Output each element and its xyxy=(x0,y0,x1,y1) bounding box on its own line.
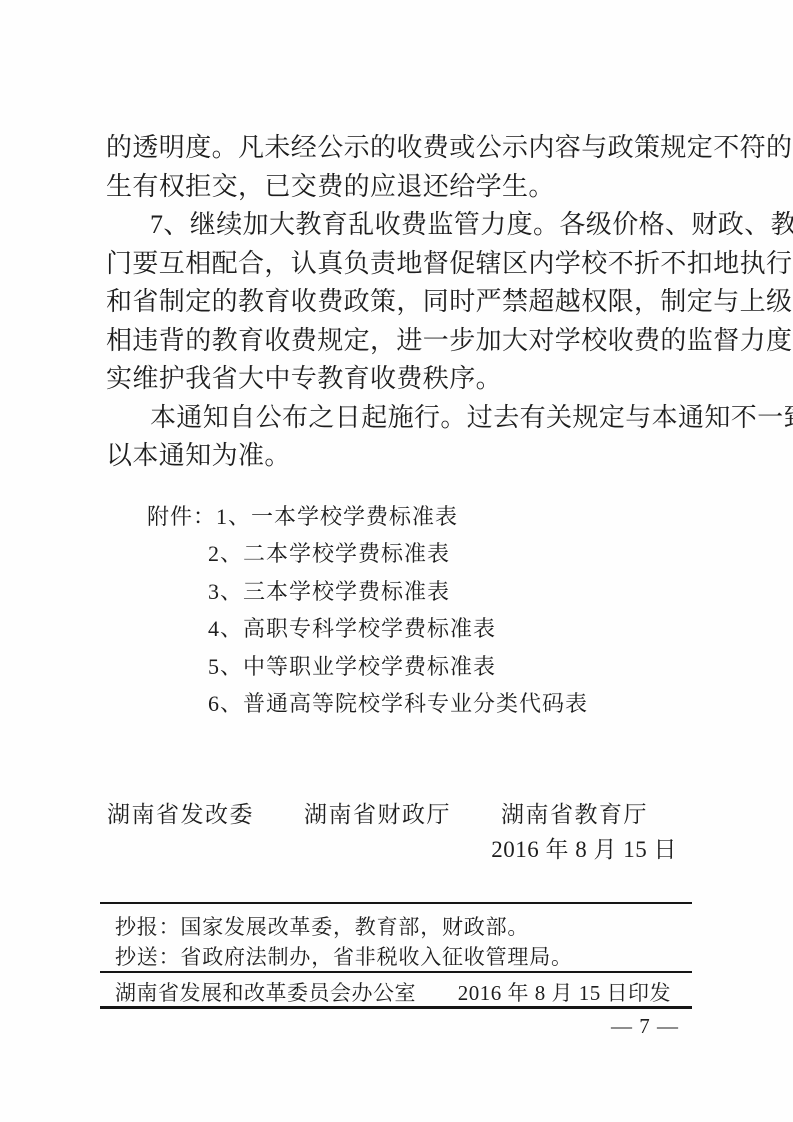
footer-copy-lines: 抄报：国家发展改革委，教育部，财政部。 抄送：省政府法制办，省非税收入征收管理局… xyxy=(115,912,573,972)
copy-send-line: 抄送：省政府法制办，省非税收入征收管理局。 xyxy=(115,942,573,972)
signature-agencies: 湖南省发改委 湖南省财政厅 湖南省教育厅 xyxy=(107,800,648,830)
paragraph: 的透明度。凡未经公示的收费或公示内容与政策规定不符的，学 生有权拒交，已交费的应… xyxy=(106,129,688,206)
attachments-list: 附件：1、一本学校学费标准表 2、二本学校学费标准表 3、三本学校学费标准表 4… xyxy=(147,498,588,722)
attachment-item: 6、普通高等院校学科专业分类代码表 xyxy=(147,685,588,722)
body-line: 相违背的教育收费规定，进一步加大对学校收费的监督力度，切 xyxy=(106,322,688,361)
signature-agency-jiaoyuting: 湖南省教育厅 xyxy=(501,800,648,830)
body-line: 本通知自公布之日起施行。过去有关规定与本通知不一致的， xyxy=(106,399,688,438)
issuer-name: 湖南省发展和改革委员会办公室 xyxy=(115,981,416,1005)
footer-issuer-row: 湖南省发展和改革委员会办公室 2016 年 8 月 15 日印发 xyxy=(115,981,671,1005)
copy-report-line: 抄报：国家发展改革委，教育部，财政部。 xyxy=(115,912,573,942)
body-line: 和省制定的教育收费政策，同时严禁超越权限，制定与上级规定 xyxy=(106,283,688,322)
footer-rule-bottom xyxy=(100,1006,692,1009)
footer-rule-top xyxy=(100,902,692,904)
attachment-item: 5、中等职业学校学费标准表 xyxy=(147,648,588,685)
attachment-item: 3、三本学校学费标准表 xyxy=(147,573,588,610)
attachments-label: 附件： xyxy=(147,504,216,529)
body-line: 以本通知为准。 xyxy=(106,437,688,476)
attachment-item: 1、一本学校学费标准表 xyxy=(216,504,458,529)
attachment-item: 2、二本学校学费标准表 xyxy=(147,535,588,572)
signature-agency-caizhengting: 湖南省财政厅 xyxy=(304,800,451,830)
attachment-item: 4、高职专科学校学费标准表 xyxy=(147,610,588,647)
print-date: 2016 年 8 月 15 日印发 xyxy=(458,981,671,1005)
body-line: 7、继续加大教育乱收费监管力度。各级价格、财政、教育部 xyxy=(106,206,688,245)
footer-rule-middle xyxy=(100,971,692,973)
signature-date: 2016 年 8 月 15 日 xyxy=(491,836,677,864)
attachment-row: 附件：1、一本学校学费标准表 xyxy=(147,498,588,535)
body-line: 生有权拒交，已交费的应退还给学生。 xyxy=(106,168,688,207)
body-line: 门要互相配合，认真负责地督促辖区内学校不折不扣地执行国家 xyxy=(106,245,688,284)
document-page: 的透明度。凡未经公示的收费或公示内容与政策规定不符的，学 生有权拒交，已交费的应… xyxy=(0,0,793,1122)
paragraph: 本通知自公布之日起施行。过去有关规定与本通知不一致的， 以本通知为准。 xyxy=(106,399,688,476)
paragraph: 7、继续加大教育乱收费监管力度。各级价格、财政、教育部 门要互相配合，认真负责地… xyxy=(106,206,688,399)
body-text: 的透明度。凡未经公示的收费或公示内容与政策规定不符的，学 生有权拒交，已交费的应… xyxy=(106,129,688,476)
body-line: 实维护我省大中专教育收费秩序。 xyxy=(106,360,688,399)
signature-agency-fagaiwei: 湖南省发改委 xyxy=(107,800,254,830)
page-number: — 7 — xyxy=(611,1014,679,1038)
body-line: 的透明度。凡未经公示的收费或公示内容与政策规定不符的，学 xyxy=(106,129,688,168)
